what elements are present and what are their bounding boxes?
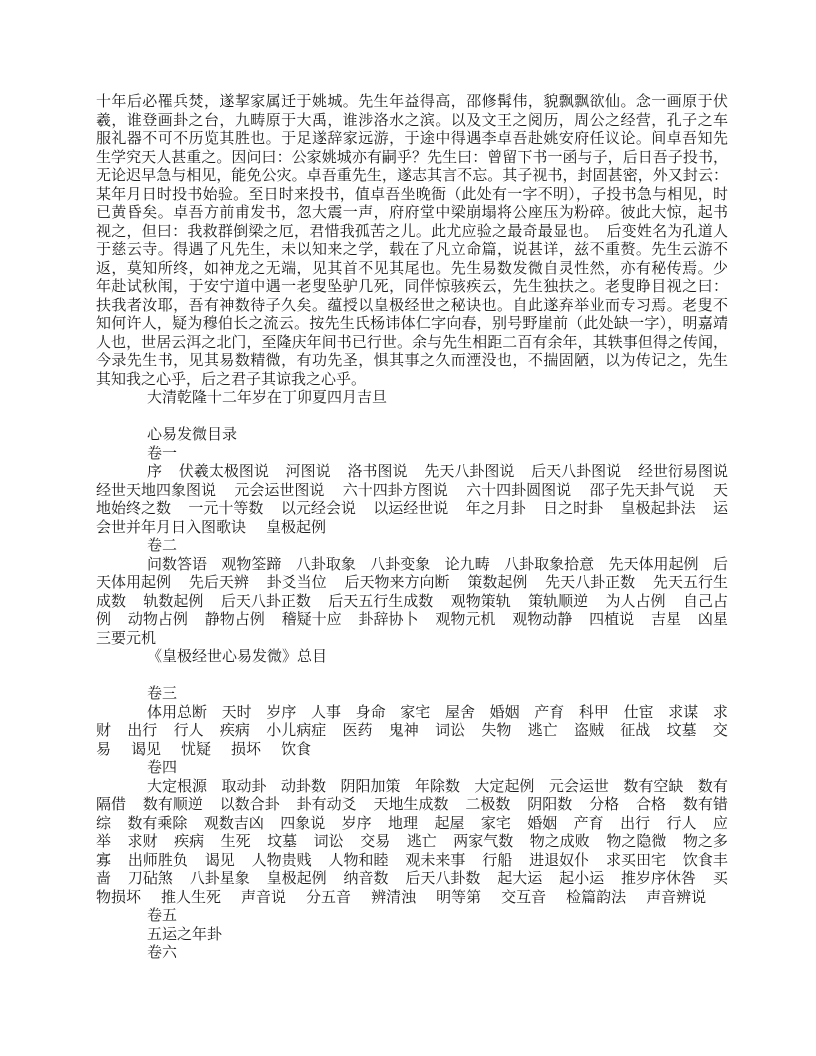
blank-line — [96, 667, 728, 686]
catalog-item: 后天八卦数 — [405, 870, 480, 889]
catalog-item: 推人生死 — [161, 889, 221, 908]
catalog-item: 产育 — [534, 704, 564, 723]
catalog-item: 交互音 — [501, 889, 546, 908]
catalog-item: 轨数起例 — [143, 593, 203, 612]
catalog-item: 鬼神 — [389, 722, 419, 741]
catalog-item: 日之时卦 — [543, 500, 603, 519]
catalog-item: 观未来事 — [405, 852, 465, 871]
catalog-item: 地始终之数 — [96, 500, 171, 519]
catalog-item: 推岁序休咎 — [621, 870, 696, 889]
catalog-item: 易 — [96, 741, 111, 760]
catalog-item: 损坏 — [231, 741, 261, 760]
catalog-item: 行人 — [666, 815, 696, 834]
catalog-item: 啬 — [96, 870, 111, 889]
prose-line: 卷六 — [147, 944, 728, 963]
catalog-line: 体用总断天时岁序人事身命家宅屋舍婚姻产育科甲仕宦求谋求 — [147, 704, 728, 723]
catalog-item: 例 — [96, 611, 111, 630]
catalog-item: 出行 — [127, 722, 157, 741]
catalog-item: 行船 — [482, 852, 512, 871]
prose-line: 卷三 — [147, 685, 728, 704]
catalog-item: 进退奴仆 — [529, 852, 589, 871]
catalog-item: 词讼 — [314, 833, 344, 852]
catalog-item: 坟墓 — [267, 833, 297, 852]
catalog-item: 忧疑 — [181, 741, 211, 760]
catalog-item: 婚姻 — [527, 815, 557, 834]
catalog-item: 谒见 — [131, 741, 161, 760]
catalog-item: 后天物来方向断 — [344, 574, 449, 593]
catalog-line: 序伏羲太极图说河图说洛书图说先天八卦图说后天八卦图说经世衍易图说 — [147, 463, 728, 482]
catalog-line: 隔借数有顺逆以数合卦卦有动爻天地生成数二极数阴阳数分格合格数有错 — [96, 796, 728, 815]
catalog-item: 物之多 — [683, 833, 728, 852]
catalog-item: 仕宦 — [624, 704, 654, 723]
prose-line: 心易发微目录 — [147, 426, 728, 445]
catalog-item: 求谋 — [668, 704, 698, 723]
catalog-item: 洛书图说 — [347, 463, 407, 482]
catalog-item: 谒见 — [205, 852, 235, 871]
catalog-item: 阴阳加策 — [340, 778, 400, 797]
catalog-item: 家宅 — [400, 704, 430, 723]
catalog-line: 综数有乘除观数吉凶四象说岁序地理起屋家宅婚姻产育出行行人应 — [96, 815, 728, 834]
catalog-item: 卦辞协卜 — [359, 611, 419, 630]
catalog-item: 分五音 — [306, 889, 351, 908]
catalog-item: 为人占例 — [606, 593, 666, 612]
catalog-item: 问数答语 — [147, 556, 207, 575]
catalog-item: 邵子先天卦气说 — [590, 482, 695, 501]
prose-line: 生学究天人甚重之。因问曰：公家姚城亦有嗣乎？先生曰：曾留下书一函与子，后日吾子投… — [96, 149, 728, 168]
catalog-item: 皇极起卦法 — [621, 500, 696, 519]
catalog-item: 求买田宅 — [606, 852, 666, 871]
catalog-item: 天 — [713, 482, 728, 501]
catalog-item: 吉星 — [651, 611, 681, 630]
prose-line: 羲，谁登画卦之台，九畴原于大禹，谁涉洛水之滨。以及文王之阅历，周公之经营，孔子之… — [96, 112, 728, 131]
catalog-item: 河图说 — [286, 463, 331, 482]
catalog-item: 天体用起例 — [96, 574, 171, 593]
catalog-item: 应 — [713, 815, 728, 834]
catalog-item: 观物元机 — [435, 611, 495, 630]
prose-line: 十年后必罹兵焚，遂挈家属迁于姚城。先生年益得高，邵修髯伟，貌飘飘欲仙。念一画原于… — [96, 93, 728, 112]
catalog-item: 科甲 — [579, 704, 609, 723]
catalog-item: 数有 — [698, 778, 728, 797]
prose-line: 于慈云寺。得遇了凡先生，未以知来之学，载在了凡立命篇，说甚详，兹不重赘。先生云游… — [96, 241, 728, 260]
catalog-item: 年除数 — [415, 778, 460, 797]
prose-line: 卷四 — [147, 759, 728, 778]
catalog-item: 动物占例 — [128, 611, 188, 630]
prose-line: 扶我者汝耶，吾有神数待子久矣。蕴授以皇极经世之秘诀也。自此遂弃举业而专习焉。老叟… — [96, 297, 728, 316]
prose-line: 返，莫知所终，如神龙之无端，见其首不见其尾也。先生易数发微自灵性然，亦有秘传焉。… — [96, 260, 728, 279]
catalog-item: 经世天地四象图说 — [96, 482, 216, 501]
catalog-item: 声音说 — [241, 889, 286, 908]
catalog-item: 岁序 — [342, 815, 372, 834]
catalog-item: 人物贵贱 — [252, 852, 312, 871]
catalog-item: 六十四卦圆图说 — [466, 482, 571, 501]
catalog-item: 物之隐微 — [606, 833, 666, 852]
catalog-line: 地始终之数一元十等数以元经会说以运经世说年之月卦日之时卦皇极起卦法运 — [96, 500, 728, 519]
catalog-item: 词讼 — [435, 722, 465, 741]
catalog-item: 观物筌蹄 — [221, 556, 281, 575]
catalog-item: 序 — [147, 463, 162, 482]
catalog-line: 会世并年月日入图歌诀皇极起例 — [96, 519, 728, 538]
catalog-item: 会世并年月日入图歌诀 — [96, 519, 246, 538]
catalog-item: 家宅 — [481, 815, 511, 834]
catalog-item: 皇极起例 — [266, 519, 326, 538]
catalog-item: 财 — [96, 722, 111, 741]
catalog-line: 易谒见忧疑损坏饮食 — [96, 741, 728, 760]
prose-line: 《皇极经世心易发微》总目 — [147, 648, 728, 667]
catalog-item: 人物和睦 — [329, 852, 389, 871]
catalog-item: 天地生成数 — [374, 796, 449, 815]
prose-line: 年赴试秋闱，于安宁道中遇一老叟坠驴几死，同伴惊骇疾云，先生独扶之。老叟睁目视之曰… — [96, 278, 728, 297]
catalog-item: 运 — [713, 500, 728, 519]
catalog-item: 医药 — [342, 722, 372, 741]
catalog-item: 生死 — [221, 833, 251, 852]
catalog-item: 检篇韵法 — [566, 889, 626, 908]
catalog-item: 明等第 — [436, 889, 481, 908]
catalog-item: 大定起例 — [474, 778, 534, 797]
catalog-item: 坟墓 — [667, 722, 697, 741]
catalog-item: 元会运世 — [549, 778, 609, 797]
catalog-item: 交易 — [360, 833, 390, 852]
catalog-item: 身命 — [356, 704, 386, 723]
catalog-item: 两家气数 — [453, 833, 513, 852]
catalog-item: 伏羲太极图说 — [179, 463, 269, 482]
catalog-item: 征战 — [620, 722, 650, 741]
catalog-item: 先天五行生 — [653, 574, 728, 593]
catalog-item: 物损坏 — [96, 889, 141, 908]
catalog-item: 数有乘除 — [127, 815, 187, 834]
prose-line: 知何许人，疑为穆伯长之流云。按先生氏杨讳体仁字向春，别号野崖前（此处缺一字），明… — [96, 315, 728, 334]
catalog-item: 年之月卦 — [466, 500, 526, 519]
catalog-item: 先天八卦图说 — [424, 463, 514, 482]
catalog-item: 以运经世说 — [373, 500, 448, 519]
catalog-item: 天时 — [222, 704, 252, 723]
catalog-item: 凶星 — [698, 611, 728, 630]
catalog-item: 八卦取象 — [296, 556, 356, 575]
catalog-item: 自己占 — [683, 593, 728, 612]
catalog-item: 四象说 — [280, 815, 325, 834]
prose-line: 无论迟早急与相见，能免公灾。卓吾重先生，遂志其言不忘。其子视书，封固甚密，外又封… — [96, 167, 728, 186]
catalog-line: 物损坏推人生死声音说分五音辨清浊明等第交互音检篇韵法声音辨说 — [96, 889, 728, 908]
document-page: 十年后必罹兵焚，遂挈家属迁于姚城。先生年益得高，邵修髯伟，貌飘飘欲仙。念一画原于… — [96, 93, 728, 963]
catalog-line: 问数答语观物筌蹄八卦取象八卦变象论九畴八卦取象拾意先天体用起例后 — [147, 556, 728, 575]
catalog-item: 八卦星象 — [190, 870, 250, 889]
catalog-item: 策数起例 — [467, 574, 527, 593]
catalog-item: 岁序 — [266, 704, 296, 723]
catalog-item: 辨清浊 — [371, 889, 416, 908]
prose-line: 服礼器不可不历览其胜也。于足遂辞家远游，于途中得遇李卓吾赴姚安府任议论。间卓吾知… — [96, 130, 728, 149]
catalog-item: 分格 — [589, 796, 619, 815]
catalog-item: 数有错 — [683, 796, 728, 815]
catalog-line: 大定根源取动卦动卦数阴阳加策年除数大定起例元会运世数有空缺数有 — [147, 778, 728, 797]
prose-line: 卷一 — [147, 445, 728, 464]
catalog-item: 物之成败 — [530, 833, 590, 852]
catalog-item: 交 — [713, 722, 728, 741]
catalog-item: 屋舍 — [445, 704, 475, 723]
prose-line: 五运之年卦 — [147, 926, 728, 945]
catalog-item: 八卦取象拾意 — [504, 556, 594, 575]
catalog-item: 产育 — [574, 815, 604, 834]
catalog-item: 数有空缺 — [623, 778, 683, 797]
prose-line: 其知我之心乎，后之君子其谅我之心乎。 — [96, 371, 728, 390]
catalog-item: 八卦变象 — [370, 556, 430, 575]
prose-line: 视之，但曰：我救群倒梁之厄，君惜我孤苦之儿。此尤应验之最奇最显也。 后变姓名为孔… — [96, 223, 728, 242]
catalog-line: 经世天地四象图说元会运世图说六十四卦方图说六十四卦圆图说邵子先天卦气说天 — [96, 482, 728, 501]
catalog-item: 以元经会说 — [281, 500, 356, 519]
catalog-item: 地理 — [388, 815, 418, 834]
catalog-item: 皇极起例 — [267, 870, 327, 889]
catalog-item: 求 — [713, 704, 728, 723]
catalog-item: 逃亡 — [407, 833, 437, 852]
catalog-item: 论九畴 — [445, 556, 490, 575]
catalog-item: 起小运 — [559, 870, 604, 889]
catalog-item: 数有顺逆 — [143, 796, 203, 815]
catalog-item: 饮食丰 — [683, 852, 728, 871]
catalog-item: 先天体用起例 — [609, 556, 699, 575]
catalog-item: 起大运 — [497, 870, 542, 889]
catalog-item: 隔借 — [96, 796, 126, 815]
prose-line: 卷二 — [147, 537, 728, 556]
prose-line: 已黄昏矣。卓吾方前甫发书，忽大震一声，府府堂中梁崩塌将公座压为粉碎。彼此大惊，起… — [96, 204, 728, 223]
catalog-item: 出师胜负 — [128, 852, 188, 871]
catalog-item: 小儿病症 — [266, 722, 326, 741]
catalog-item: 买 — [713, 870, 728, 889]
catalog-item: 后天八卦图说 — [531, 463, 621, 482]
catalog-item: 疾病 — [220, 722, 250, 741]
catalog-item: 起屋 — [434, 815, 464, 834]
catalog-item: 后 — [713, 556, 728, 575]
catalog-item: 失物 — [481, 722, 511, 741]
catalog-item: 疾病 — [174, 833, 204, 852]
catalog-item: 稽疑十应 — [282, 611, 342, 630]
catalog-item: 行人 — [174, 722, 204, 741]
prose-line: 三要元机 — [96, 630, 728, 649]
catalog-item: 策轨顺逆 — [528, 593, 588, 612]
prose-line: 大清乾隆十二年岁在丁卯夏四月吉旦 — [147, 389, 728, 408]
catalog-item: 盗贼 — [574, 722, 604, 741]
catalog-item: 阴阳数 — [527, 796, 572, 815]
catalog-item: 经世衍易图说 — [638, 463, 728, 482]
catalog-item: 出行 — [620, 815, 650, 834]
catalog-item: 取动卦 — [221, 778, 266, 797]
catalog-item: 观物策轨 — [451, 593, 511, 612]
catalog-item: 以数合卦 — [220, 796, 280, 815]
catalog-item: 举 — [96, 833, 111, 852]
prose-line: 某年月日时投书始验。至日时来投书，值卓吾坐晚衙（此处有一字不明），子投书急与相见… — [96, 186, 728, 205]
catalog-item: 静物占例 — [205, 611, 265, 630]
blank-line — [96, 408, 728, 427]
catalog-item: 动卦数 — [281, 778, 326, 797]
catalog-item: 寡 — [96, 852, 111, 871]
catalog-item: 综 — [96, 815, 111, 834]
catalog-item: 求财 — [128, 833, 158, 852]
catalog-item: 观物动静 — [512, 611, 572, 630]
catalog-line: 举求财疾病生死坟墓词讼交易逃亡两家气数物之成败物之隐微物之多 — [96, 833, 728, 852]
catalog-line: 财出行行人疾病小儿病症医药鬼神词讼失物逃亡盗贼征战坟墓交 — [96, 722, 728, 741]
catalog-item: 四植说 — [589, 611, 634, 630]
catalog-item: 二极数 — [465, 796, 510, 815]
catalog-item: 婚姻 — [490, 704, 520, 723]
catalog-item: 纳音数 — [344, 870, 389, 889]
catalog-item: 一元十等数 — [188, 500, 263, 519]
catalog-item: 刀砧煞 — [128, 870, 173, 889]
catalog-item: 后天八卦正数 — [221, 593, 311, 612]
catalog-item: 六十四卦方图说 — [343, 482, 448, 501]
prose-line: 今录先生书，见其易数精微，有功先圣，惧其事之久而湮没也，不揣固陋，以为传记之，先… — [96, 352, 728, 371]
catalog-line: 天体用起例先后天辨卦爻当位后天物来方向断策数起例先天八卦正数先天五行生 — [96, 574, 728, 593]
catalog-item: 元会运世图说 — [234, 482, 324, 501]
catalog-item: 大定根源 — [147, 778, 207, 797]
catalog-item: 饮食 — [281, 741, 311, 760]
catalog-item: 体用总断 — [147, 704, 207, 723]
prose-line: 卷五 — [147, 907, 728, 926]
catalog-item: 后天五行生成数 — [328, 593, 433, 612]
prose-line: 人也，世居云洱之北门，至隆庆年间书已行世。余与先生相距二百有余年，其轶事但得之传… — [96, 334, 728, 353]
catalog-item: 卦爻当位 — [267, 574, 327, 593]
catalog-item: 成数 — [96, 593, 126, 612]
catalog-line: 例动物占例静物占例稽疑十应卦辞协卜观物元机观物动静四植说吉星凶星 — [96, 611, 728, 630]
catalog-item: 声音辨说 — [646, 889, 706, 908]
catalog-item: 先天八卦正数 — [545, 574, 635, 593]
catalog-item: 卦有动爻 — [297, 796, 357, 815]
catalog-item: 先后天辨 — [189, 574, 249, 593]
catalog-line: 成数轨数起例后天八卦正数后天五行生成数观物策轨策轨顺逆为人占例自己占 — [96, 593, 728, 612]
catalog-line: 寡出师胜负谒见人物贵贱人物和睦观未来事行船进退奴仆求买田宅饮食丰 — [96, 852, 728, 871]
catalog-line: 啬刀砧煞八卦星象皇极起例纳音数后天八卦数起大运起小运推岁序休咎买 — [96, 870, 728, 889]
catalog-item: 观数吉凶 — [204, 815, 264, 834]
catalog-item: 逃亡 — [528, 722, 558, 741]
catalog-item: 合格 — [636, 796, 666, 815]
catalog-item: 人事 — [311, 704, 341, 723]
